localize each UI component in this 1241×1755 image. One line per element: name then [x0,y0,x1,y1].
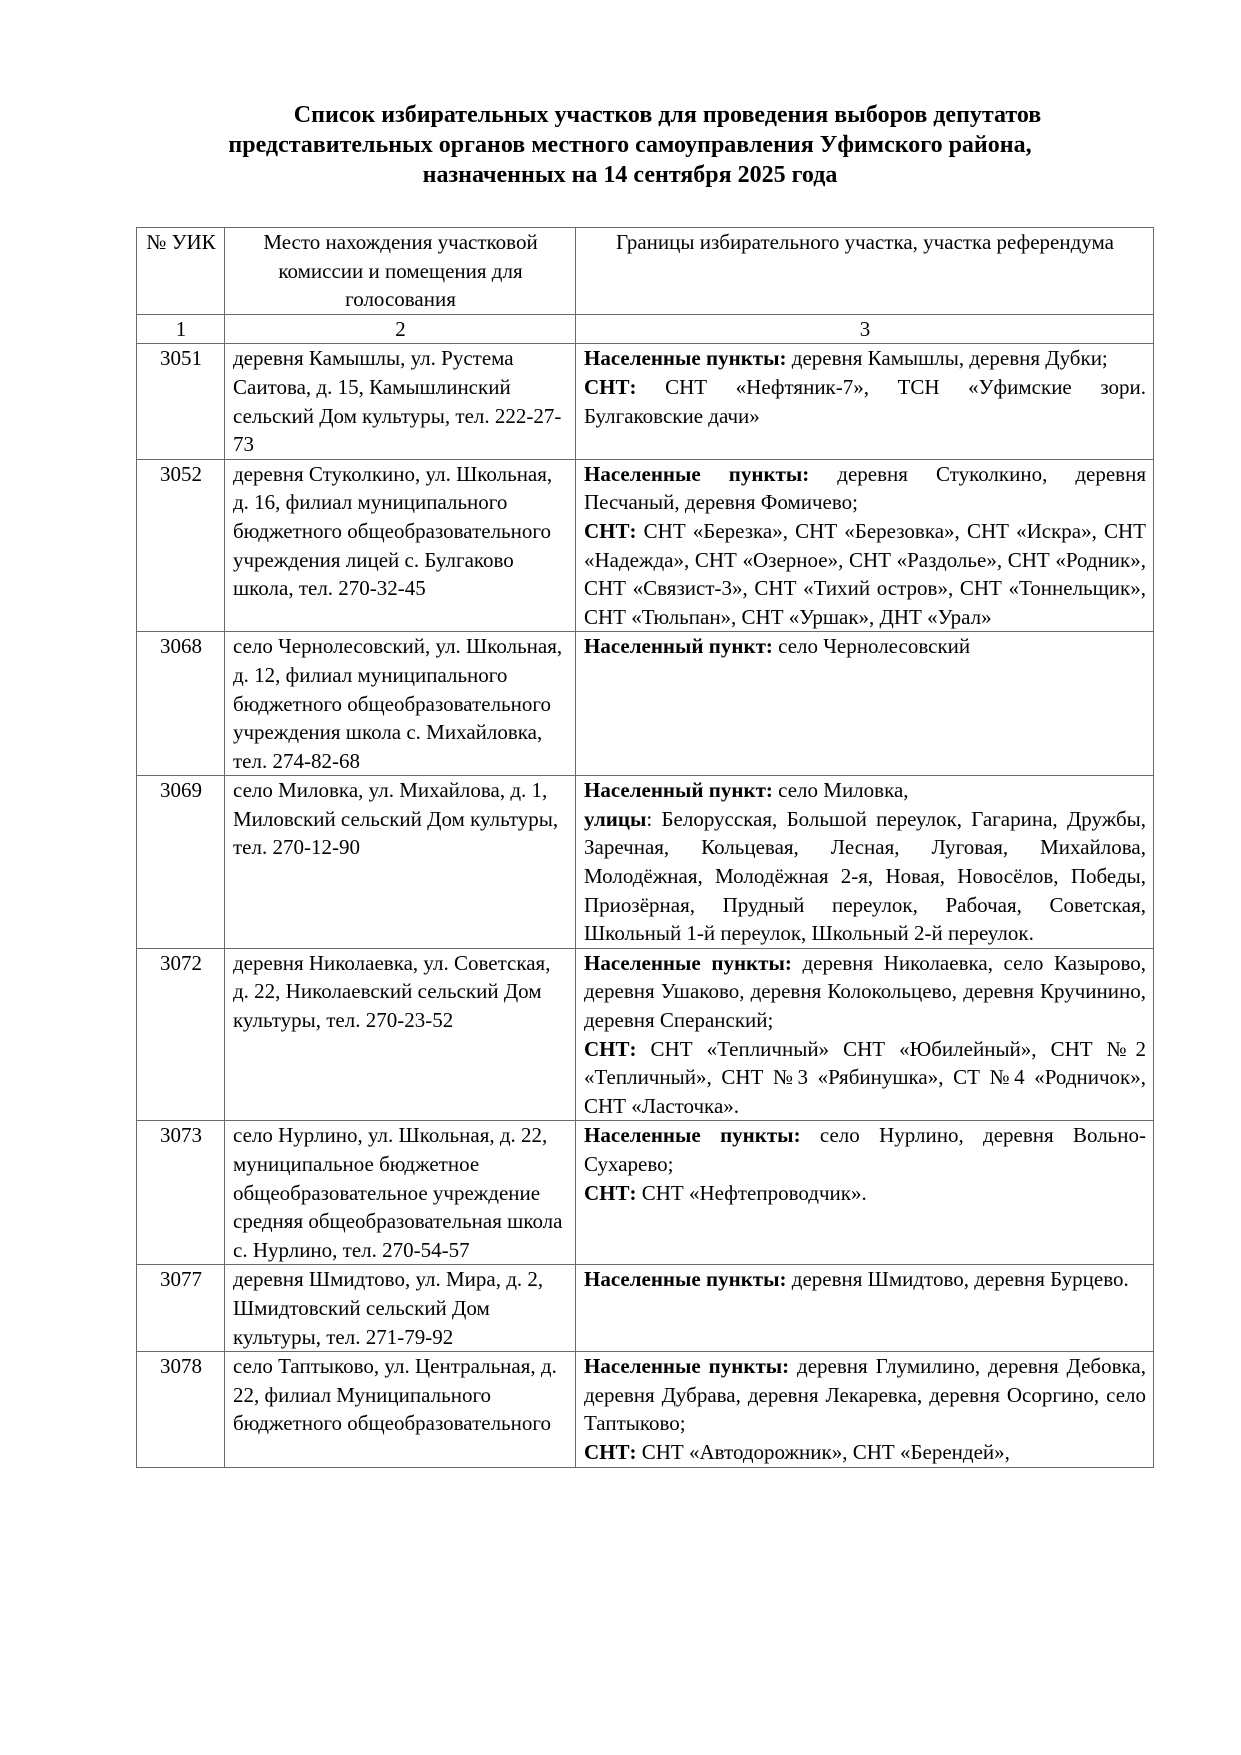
document-title: Список избирательных участков для провед… [130,100,1130,190]
boundary-entry: Населенные пункты: село Нурлино, деревня… [584,1121,1146,1178]
table-row: 3078 село Таптыково, ул. Центральная, д.… [137,1352,1154,1467]
boundaries-cell: Населенные пункты: деревня Николаевка, с… [576,948,1154,1121]
boundary-text: село Чернолесовский [773,634,970,658]
table-row: 3051 деревня Камышлы, ул. Рустема Саитов… [137,344,1154,459]
boundary-label: СНТ: [584,375,637,399]
location-cell: село Таптыково, ул. Центральная, д. 22, … [225,1352,576,1467]
boundary-label: СНТ: [584,1037,637,1061]
boundary-text: СНТ «Автодорожник», СНТ «Берендей», [637,1440,1010,1464]
boundary-label: улицы [584,807,646,831]
boundaries-cell: Населенные пункты: деревня Стуколкино, д… [576,459,1154,632]
header-boundaries: Границы избирательного участка, участка … [576,228,1154,315]
boundary-label: Населенный пункт: [584,778,773,802]
table-row: 3069 село Миловка, ул. Михайлова, д. 1, … [137,776,1154,949]
boundary-entry: СНТ: СНТ «Нефтяник-7», ТСН «Уфимские зор… [584,373,1146,430]
uik-number: 3078 [137,1352,225,1467]
boundary-text: : Белорусская, Большой переулок, Гагарин… [584,807,1146,945]
title-line-1: Список избирательных участков для провед… [130,100,1130,130]
table-row: 3068 село Чернолесовский, ул. Школьная, … [137,632,1154,776]
table-header-row: № УИК Место нахождения участковой комисс… [137,228,1154,315]
boundary-entry: СНТ: СНТ «Тепличный» СНТ «Юбилейный», СН… [584,1035,1146,1121]
boundary-text: деревня Камышлы, деревня Дубки; [787,346,1108,370]
boundaries-cell: Населенные пункты: деревня Камышлы, дере… [576,344,1154,459]
title-line-2: представительных органов местного самоуп… [130,130,1130,160]
boundary-entry: СНТ: СНТ «Автодорожник», СНТ «Берендей», [584,1438,1146,1467]
uik-number: 3077 [137,1265,225,1352]
header-uik-number: № УИК [137,228,225,315]
boundaries-cell: Населенный пункт: село Миловка,улицы: Бе… [576,776,1154,949]
boundaries-cell: Населенные пункты: деревня Шмидтово, дер… [576,1265,1154,1352]
table-row: 3052 деревня Стуколкино, ул. Школьная, д… [137,459,1154,632]
table-row: 3073 село Нурлино, ул. Школьная, д. 22, … [137,1121,1154,1265]
boundary-label: СНТ: [584,1181,637,1205]
polling-stations-table: № УИК Место нахождения участковой комисс… [136,227,1154,1468]
uik-number: 3051 [137,344,225,459]
column-number-2: 2 [225,314,576,344]
location-cell: село Миловка, ул. Михайлова, д. 1, Милов… [225,776,576,949]
location-cell: деревня Камышлы, ул. Рустема Саитова, д.… [225,344,576,459]
table-row: 3072 деревня Николаевка, ул. Советская, … [137,948,1154,1121]
boundary-entry: Населенный пункт: село Чернолесовский [584,632,1146,661]
column-number-1: 1 [137,314,225,344]
location-cell: деревня Николаевка, ул. Советская, д. 22… [225,948,576,1121]
table-row: 3077 деревня Шмидтово, ул. Мира, д. 2, Ш… [137,1265,1154,1352]
location-cell: деревня Стуколкино, ул. Школьная, д. 16,… [225,459,576,632]
boundary-label: Населенные пункты: [584,462,809,486]
uik-number: 3072 [137,948,225,1121]
location-cell: деревня Шмидтово, ул. Мира, д. 2, Шмидто… [225,1265,576,1352]
location-cell: село Нурлино, ул. Школьная, д. 22, муниц… [225,1121,576,1265]
boundary-text: деревня Шмидтово, деревня Бурцево. [787,1267,1129,1291]
boundary-text: СНТ «Тепличный» СНТ «Юбилейный», СНТ №2 … [584,1037,1146,1118]
boundary-text: СНТ «Нефтяник-7», ТСН «Уфимские зори. Бу… [584,375,1146,428]
boundary-entry: Населенные пункты: деревня Шмидтово, дер… [584,1265,1146,1294]
location-cell: село Чернолесовский, ул. Школьная, д. 12… [225,632,576,776]
boundary-text: СНТ «Нефтепроводчик». [637,1181,867,1205]
title-line-3: назначенных на 14 сентября 2025 года [130,160,1130,190]
header-location: Место нахождения участковой комиссии и п… [225,228,576,315]
boundaries-cell: Населенные пункты: село Нурлино, деревня… [576,1121,1154,1265]
boundary-entry: Населенные пункты: деревня Камышлы, дере… [584,344,1146,373]
boundary-label: Населенный пункт: [584,634,773,658]
boundary-label: Населенные пункты: [584,1123,801,1147]
boundary-entry: Населенные пункты: деревня Глумилино, де… [584,1352,1146,1438]
boundary-text: село Миловка, [773,778,909,802]
column-number-3: 3 [576,314,1154,344]
uik-number: 3069 [137,776,225,949]
boundary-text: СНТ «Березка», СНТ «Березовка», СНТ «Иск… [584,519,1146,629]
boundaries-cell: Населенные пункты: деревня Глумилино, де… [576,1352,1154,1467]
boundary-entry: Населенные пункты: деревня Николаевка, с… [584,949,1146,1035]
uik-number: 3073 [137,1121,225,1265]
boundary-label: СНТ: [584,519,637,543]
boundary-label: Населенные пункты: [584,951,792,975]
boundaries-cell: Населенный пункт: село Чернолесовский [576,632,1154,776]
boundary-entry: СНТ: СНТ «Березка», СНТ «Березовка», СНТ… [584,517,1146,631]
uik-number: 3068 [137,632,225,776]
boundary-entry: улицы: Белорусская, Большой переулок, Га… [584,805,1146,948]
column-number-row: 1 2 3 [137,314,1154,344]
boundary-label: Населенные пункты: [584,1354,789,1378]
boundary-entry: Населенные пункты: деревня Стуколкино, д… [584,460,1146,517]
boundary-label: Населенные пункты: [584,346,787,370]
boundary-entry: Населенный пункт: село Миловка, [584,776,1146,805]
boundary-label: СНТ: [584,1440,637,1464]
boundary-entry: СНТ: СНТ «Нефтепроводчик». [584,1179,1146,1208]
uik-number: 3052 [137,459,225,632]
boundary-label: Населенные пункты: [584,1267,787,1291]
